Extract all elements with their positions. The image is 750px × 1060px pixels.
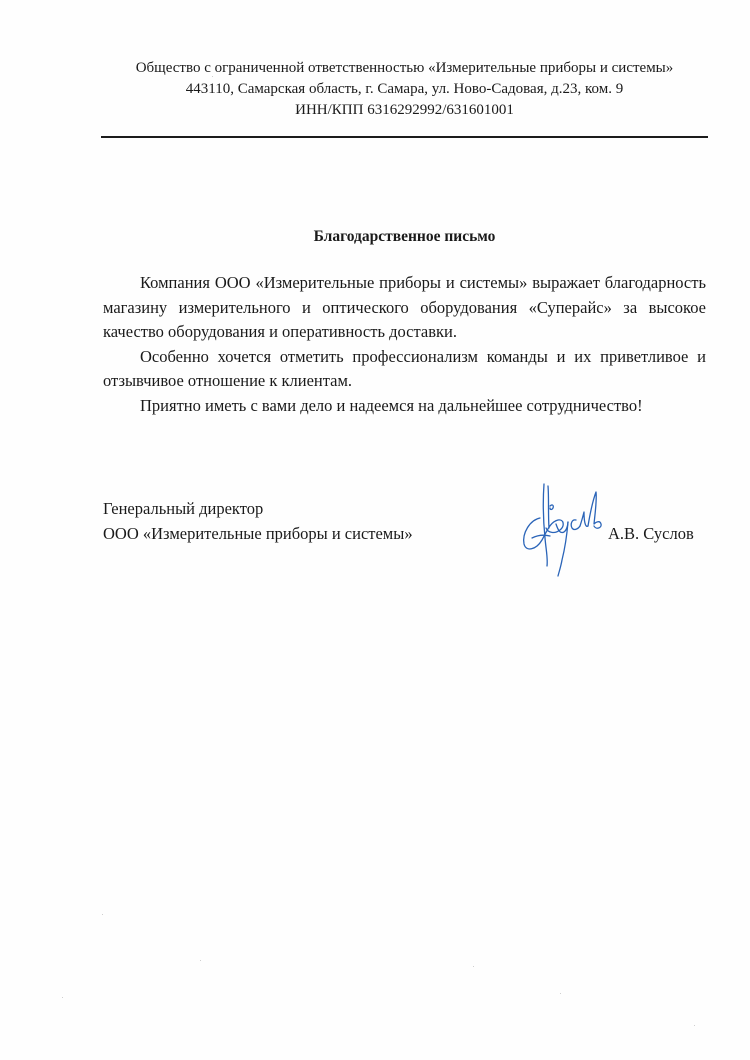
scan-speck [102,914,103,915]
body-paragraph: Приятно иметь с вами дело и надеемся на … [103,394,706,419]
signatory-position: Генеральный директор [103,497,413,522]
signatory-organization: ООО «Измерительные приборы и системы» [103,522,413,547]
letterhead: Общество с ограниченной ответственностью… [101,58,708,121]
signatory-block: Генеральный директор ООО «Измерительные … [103,497,413,546]
body-paragraph: Компания ООО «Измерительные приборы и си… [103,271,706,345]
handwritten-signature-icon [510,478,605,578]
scan-speck [200,960,201,961]
letter-page: Общество с ограниченной ответственностью… [0,0,750,1060]
signer-name: А.В. Суслов [608,522,694,547]
letter-body: Компания ООО «Измерительные приборы и си… [103,271,706,418]
company-full-name: Общество с ограниченной ответственностью… [101,58,708,79]
scan-speck [473,966,474,967]
letter-title: Благодарственное письмо [101,227,708,247]
scan-speck [694,1025,695,1026]
scan-speck [62,997,63,998]
letterhead-divider [101,136,708,138]
scan-speck [212,76,213,77]
company-tax-ids: ИНН/КПП 6316292992/631601001 [101,100,708,121]
scan-speck [560,993,561,994]
body-paragraph: Особенно хочется отметить профессионализ… [103,345,706,394]
company-address: 443110, Самарская область, г. Самара, ул… [101,79,708,100]
